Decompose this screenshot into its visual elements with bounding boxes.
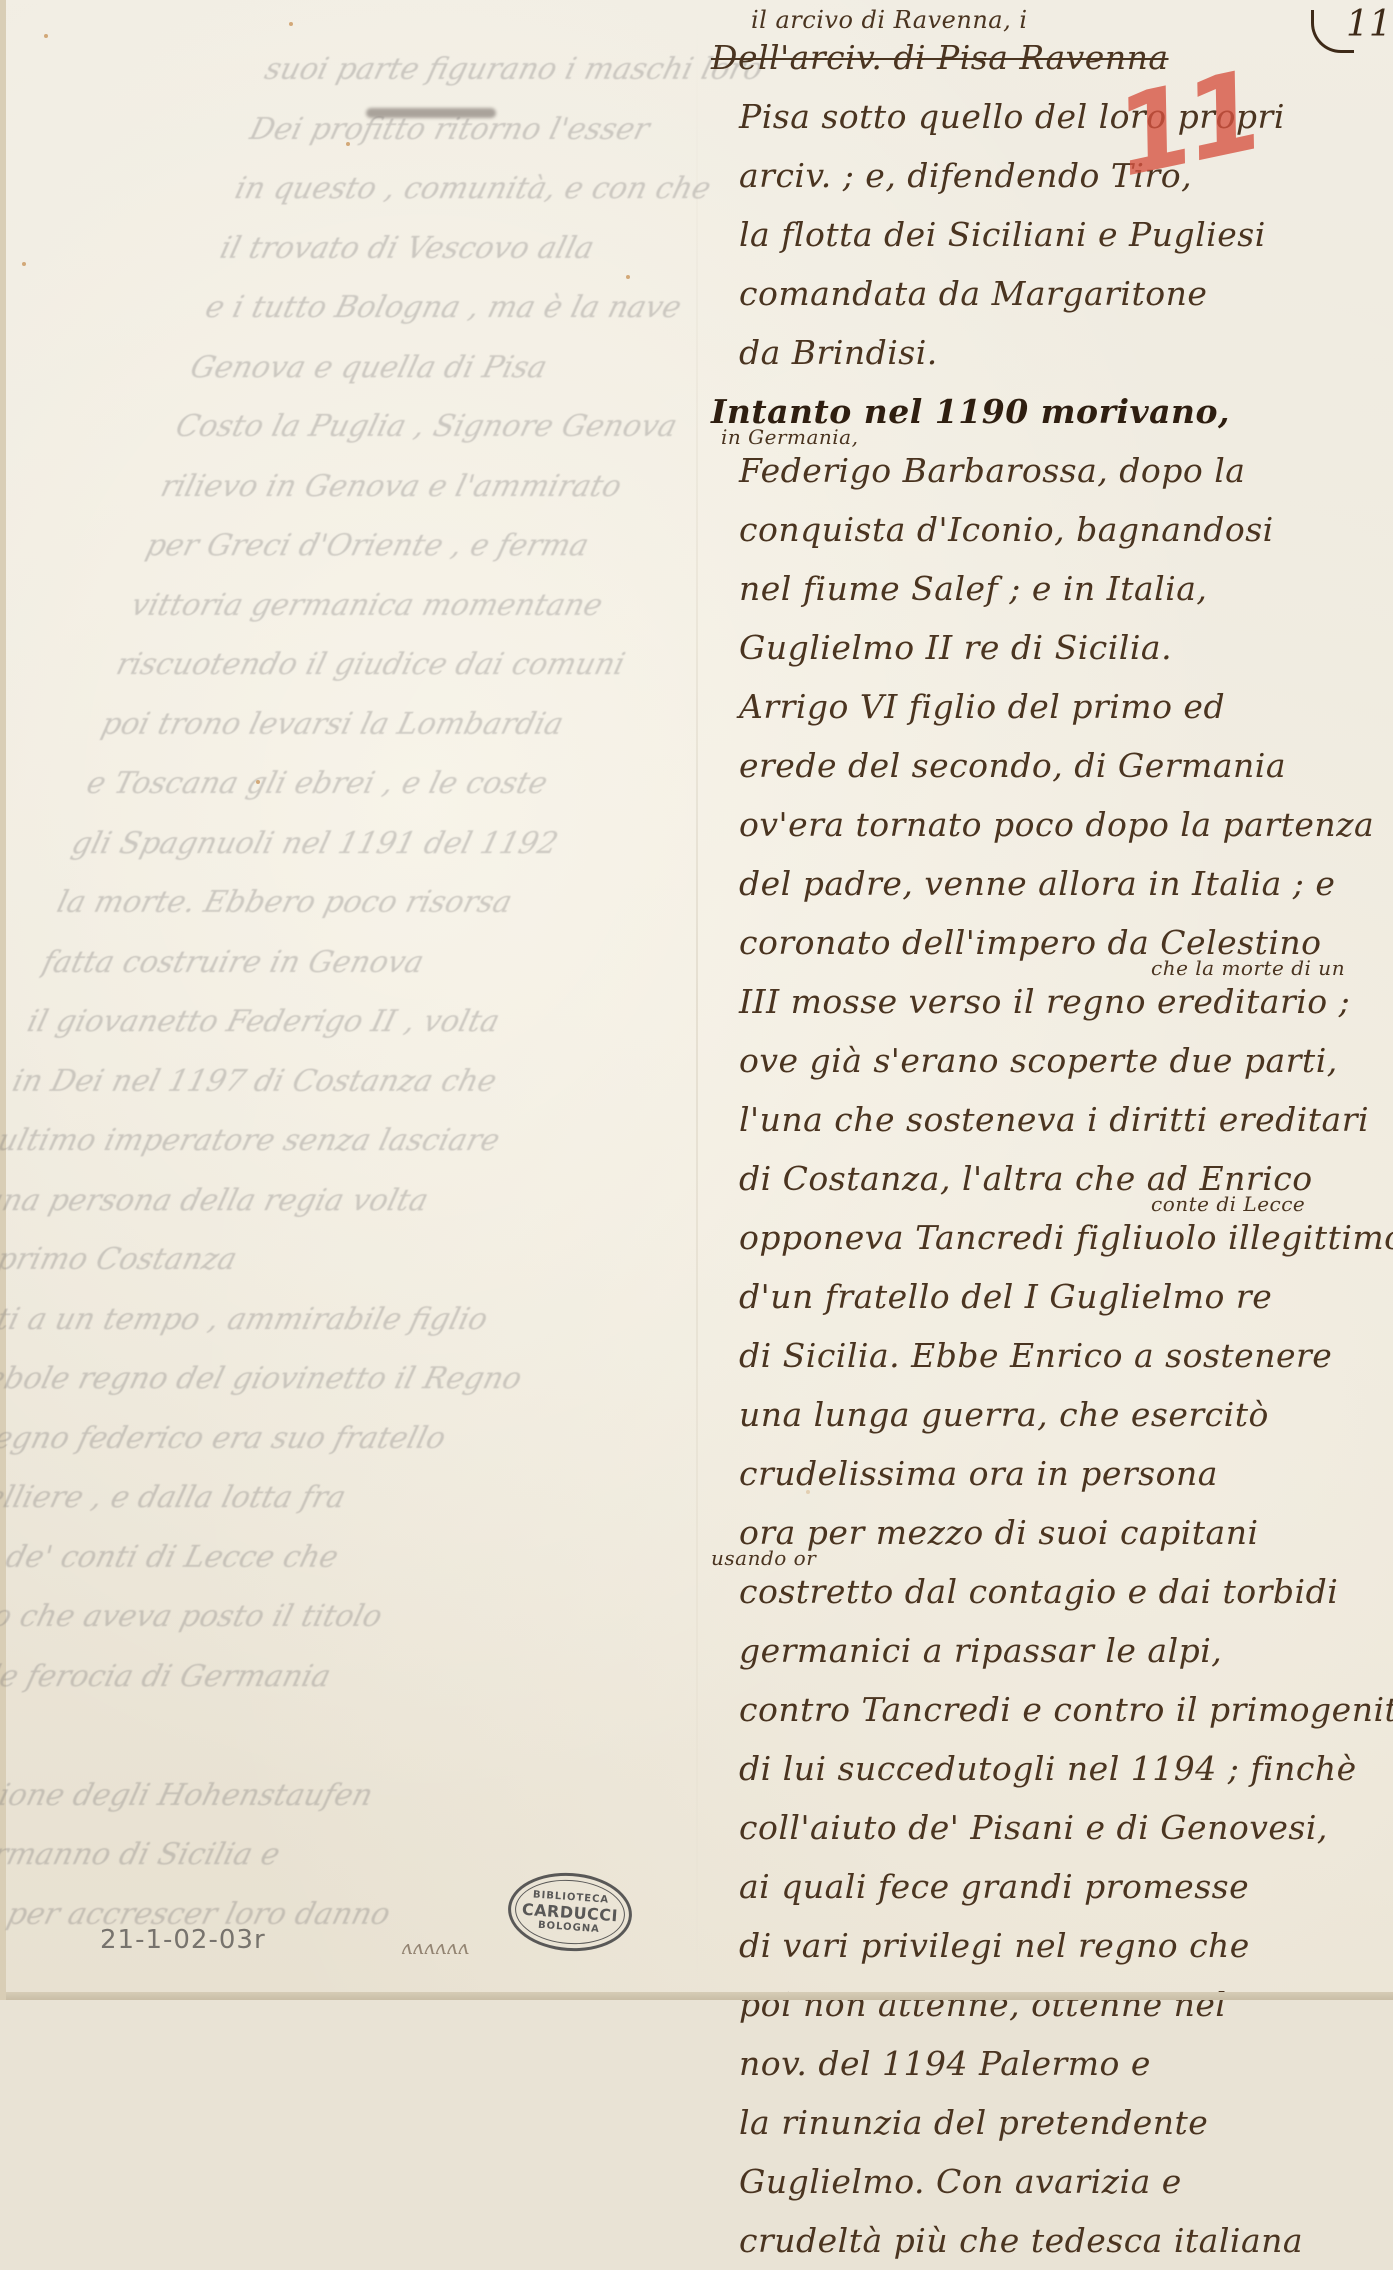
interlinear-note: che la morte di un bbox=[1151, 958, 1345, 978]
manuscript-line: erede del secondo, di Germania bbox=[711, 736, 1391, 795]
shelfmark: 21-1-02-03r bbox=[100, 1925, 266, 1955]
interlinear-insertion: il arcivo di Ravenna, i bbox=[751, 10, 1028, 30]
line-text: conquista d'Iconio, bagnandosi bbox=[739, 510, 1274, 549]
manuscript-line: del padre, venne allora in Italia ; e bbox=[711, 854, 1391, 913]
line-text: d'un fratello del I Guglielmo re bbox=[739, 1277, 1272, 1316]
line-text: nel fiume Salef ; e in Italia, bbox=[739, 569, 1207, 608]
manuscript-line: III mosse verso il regno ereditario ; bbox=[711, 972, 1391, 1031]
manuscript-page: suoi parte figurano i maschi loroDei pro… bbox=[0, 0, 1393, 2000]
manuscript-text-column: il arcivo di Ravenna, iDell'arciv. di Pi… bbox=[711, 28, 1391, 2000]
manuscript-line: una lunga guerra, che esercitò bbox=[711, 1385, 1391, 1444]
manuscript-line: Dell'arciv. di Pisa Ravenna bbox=[711, 28, 1391, 87]
offset-line: il Papa de' conti di Lecce che bbox=[0, 1528, 542, 1588]
line-text: costretto dal contagio e dai torbidi bbox=[739, 1572, 1338, 1611]
line-text: da Brindisi. bbox=[739, 333, 938, 372]
line-text: l'una che sosteneva i diritti ereditari bbox=[739, 1100, 1369, 1139]
manuscript-line: costretto dal contagio e dai torbidi bbox=[711, 1562, 1391, 1621]
offset-line: III bbox=[0, 1706, 497, 1766]
interlinear-note: usando or bbox=[711, 1548, 816, 1568]
line-text: erede del secondo, di Germania bbox=[739, 746, 1286, 785]
line-text: di lui succedutogli nel 1194 ; finchè bbox=[739, 1749, 1357, 1788]
manuscript-line: la flotta dei Siciliani e Pugliesi bbox=[711, 205, 1391, 264]
manuscript-line: di lui succedutogli nel 1194 ; finchè bbox=[711, 1739, 1391, 1798]
interlinear-note: conte di Lecce bbox=[1151, 1194, 1305, 1214]
manuscript-line: coll'aiuto de' Pisani e di Genovesi, bbox=[711, 1798, 1391, 1857]
offset-line: tutti a un tempo , ammirabile figlio bbox=[0, 1290, 601, 1350]
offset-line: una persona della regia volta bbox=[0, 1171, 631, 1231]
line-text: la flotta dei Siciliani e Pugliesi bbox=[739, 215, 1266, 254]
line-text: Federigo Barbarossa, dopo la bbox=[739, 451, 1245, 490]
line-text: germanici a ripassar le alpi, bbox=[739, 1631, 1222, 1670]
offset-line: fatta costruire in Genova bbox=[36, 933, 691, 993]
manuscript-line: d'un fratello del I Guglielmo re bbox=[711, 1267, 1391, 1326]
line-text: di Sicilia. Ebbe Enrico a sostenere bbox=[739, 1336, 1332, 1375]
line-text: III mosse verso il regno ereditario ; bbox=[739, 982, 1350, 1021]
manuscript-line: ov'era tornato poco dopo la partenza bbox=[711, 795, 1391, 854]
manuscript-line: germanici a ripassar le alpi, bbox=[711, 1621, 1391, 1680]
manuscript-line: contro Tancredi e contro il primogenito bbox=[711, 1680, 1391, 1739]
manuscript-line: nel fiume Salef ; e in Italia, bbox=[711, 559, 1391, 618]
line-text: del padre, venne allora in Italia ; e bbox=[739, 864, 1335, 903]
offset-line: gli Spagnuoli nel 1191 del 1192 bbox=[65, 814, 720, 874]
manuscript-line: opponeva Tancredi figliuolo illegittimo bbox=[711, 1208, 1391, 1267]
offset-line: vittoria germanica momentane bbox=[125, 576, 780, 636]
struck-text: Dell'arciv. di Pisa Ravenna bbox=[711, 38, 1169, 77]
offset-line: e Toscana gli ebrei , e le coste bbox=[80, 754, 735, 814]
line-text: ora per mezzo di suoi capitani bbox=[739, 1513, 1259, 1552]
manuscript-line: Pisa sotto quello del loro propri bbox=[711, 87, 1391, 146]
offset-line: il giovanetto Federigo II , volta bbox=[21, 992, 676, 1052]
offset-line: Cancelliere , e dalla lotta fra bbox=[0, 1468, 557, 1528]
offset-line: poi trono levarsi la Lombardia bbox=[95, 695, 750, 755]
interlinear-note: in Germania, bbox=[721, 427, 858, 447]
stamp-ring bbox=[513, 1876, 627, 1948]
offset-line: per Greci d'Oriente , e ferma bbox=[139, 516, 794, 576]
line-text: crudelissima ora in persona bbox=[739, 1454, 1218, 1493]
library-stamp: BIBLIOTECA CARDUCCI BOLOGNA bbox=[505, 1869, 634, 1955]
manuscript-line: di Sicilia. Ebbe Enrico a sostenere bbox=[711, 1326, 1391, 1385]
manuscript-line: di vari privilegi nel regno che bbox=[711, 1916, 1391, 1975]
manuscript-line: crudelissima ora in persona bbox=[711, 1444, 1391, 1503]
manuscript-line: comandata da Margaritone bbox=[711, 264, 1391, 323]
ink-smudge bbox=[366, 108, 496, 118]
line-text: una lunga guerra, che esercitò bbox=[739, 1395, 1269, 1434]
offset-line: riscuotendo il giudice dai comuni bbox=[110, 635, 765, 695]
offset-line: La successione degli Hohenstaufen bbox=[0, 1766, 483, 1826]
manuscript-line: ove già s'erano scoperte due parti, bbox=[711, 1031, 1391, 1090]
manuscript-line: ai quali fece grandi promesse bbox=[711, 1857, 1391, 1916]
offset-line: il terribile ferocia di Germania bbox=[0, 1647, 512, 1707]
line-text: coll'aiuto de' Pisani e di Genovesi, bbox=[739, 1808, 1328, 1847]
offset-line: il debole regno del giovinetto il Regno bbox=[0, 1349, 586, 1409]
line-text: ov'era tornato poco dopo la partenza bbox=[739, 805, 1374, 844]
line-text: ove già s'erano scoperte due parti, bbox=[739, 1041, 1338, 1080]
line-text: contro Tancredi e contro il primogenito bbox=[739, 1690, 1393, 1729]
offset-line: del regno federico era suo fratello bbox=[0, 1409, 572, 1469]
line-text: comandata da Margaritone bbox=[739, 274, 1207, 313]
offset-line: lo stesso che aveva posto il titolo bbox=[0, 1587, 527, 1647]
manuscript-line: da Brindisi. bbox=[711, 323, 1391, 382]
manuscript-line: arciv. ; e, difendendo Tiro, bbox=[711, 146, 1391, 205]
manuscript-line: l'una che sosteneva i diritti ereditari bbox=[711, 1090, 1391, 1149]
ink-scribble: ʌʌʌʌʌʌ bbox=[401, 1935, 469, 1959]
offset-line: al regno normanno di Sicilia e bbox=[0, 1825, 468, 1885]
line-text: ai quali fece grandi promesse bbox=[739, 1867, 1249, 1906]
manuscript-line: Arrigo VI figlio del primo ed bbox=[711, 677, 1391, 736]
manuscript-line: Federigo Barbarossa, dopo la bbox=[711, 441, 1391, 500]
page-bottom-edge bbox=[6, 1992, 1393, 2000]
line-text: di vari privilegi nel regno che bbox=[739, 1926, 1250, 1965]
line-text: Arrigo VI figlio del primo ed bbox=[739, 687, 1225, 726]
offset-line: il primo Costanza bbox=[0, 1230, 616, 1290]
offset-line: ultimo imperatore senza lasciare bbox=[0, 1111, 646, 1171]
line-text: Guglielmo II re di Sicilia. bbox=[739, 628, 1172, 667]
offset-line: in Dei nel 1197 di Costanza che bbox=[6, 1052, 661, 1112]
manuscript-line: conquista d'Iconio, bagnandosi bbox=[711, 500, 1391, 559]
offset-line: la morte. Ebbero poco risorsa bbox=[50, 873, 705, 933]
line-text: opponeva Tancredi figliuolo illegittimo bbox=[739, 1218, 1393, 1257]
manuscript-line: Guglielmo II re di Sicilia. bbox=[711, 618, 1391, 677]
